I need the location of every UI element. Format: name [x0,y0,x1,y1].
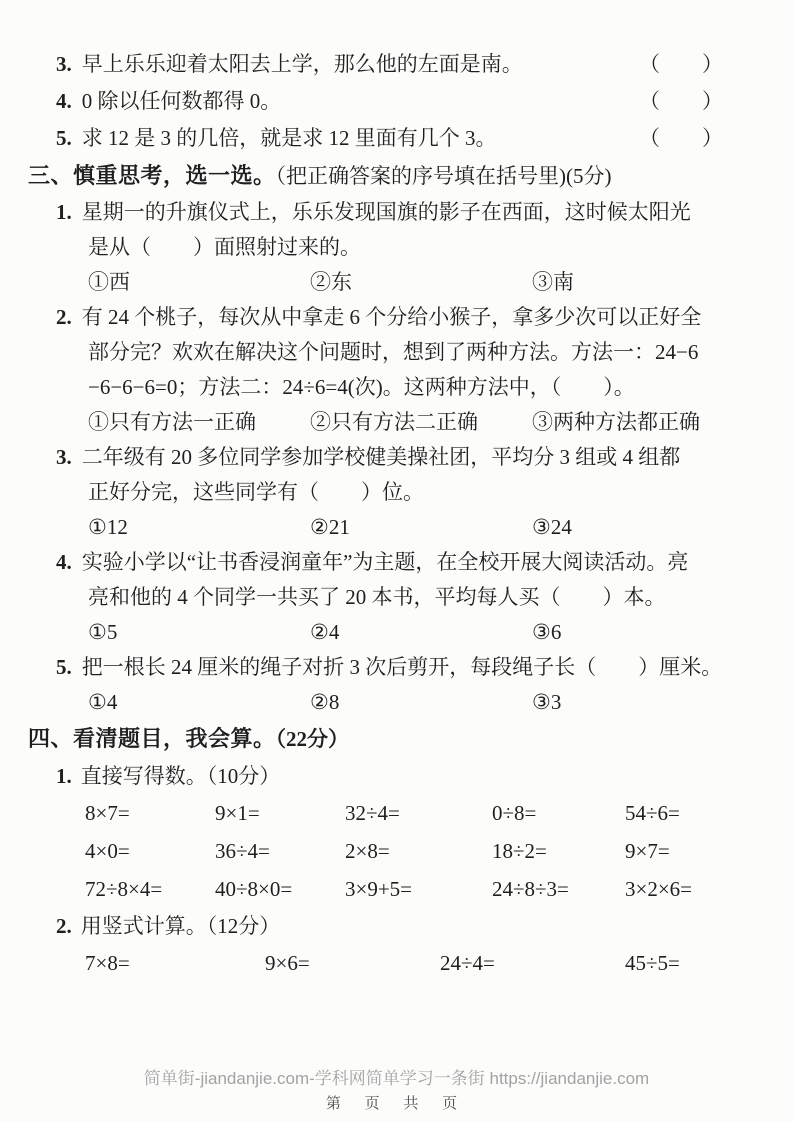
expression: 40÷8×0= [215,870,345,908]
expression: 3×2×6= [625,870,765,908]
option-1: ①只有方法一正确 [88,405,310,440]
question-3: 3. 二年级有 20 多位同学参加学校健美操社团，平均分 3 组或 4 组都 正… [28,440,765,545]
section-4-heading-main: 四、看清题目，我会算。 [28,726,276,751]
option-3: ③两种方法都正确 [532,405,765,440]
option-1: ①4 [88,685,310,720]
footer-site-line: 简单街-jiandanjie.com-学科网简单学习一条街 https://ji… [0,1066,793,1092]
section-4-heading-note: （22分） [276,727,350,751]
options-row: ①4 ②8 ③3 [28,685,765,720]
item-text: 0 除以任何数都得 0。 [82,83,639,120]
true-false-item-5: 5. 求 12 是 3 的几倍，就是求 12 里面有几个 3。 （ ） [28,120,765,157]
section-4-heading: 四、看清题目，我会算。（22分） [28,720,765,758]
options-row: ①12 ②21 ③24 [28,510,765,545]
direct-calc-row-2: 4×0= 36÷4= 2×8= 18÷2= 9×7= [28,832,765,870]
expression: 32÷4= [345,794,492,832]
section-3-heading: 三、慎重思考，选一选。（把正确答案的序号填在括号里)(5分) [28,157,765,195]
question-5: 5. 把一根长 24 厘米的绳子对折 3 次后剪开，每段绳子长（ ）厘米。 ①4… [28,650,765,720]
expression: 4×0= [85,832,215,870]
subsection-number: 1. [56,758,72,794]
item-text: 早上乐乐迎着太阳去上学，那么他的左面是南。 [82,46,639,83]
question-line: 1. 星期一的升旗仪式上，乐乐发现国旗的影子在西面，这时候太阳光 [28,195,765,230]
expression: 7×8= [85,944,265,982]
question-number: 1. [56,195,72,230]
expression: 2×8= [345,832,492,870]
expression: 9×1= [215,794,345,832]
question-line: 4. 实验小学以“让书香浸润童年”为主题，在全校开展大阅读活动。亮 [28,545,765,580]
question-text: 有 24 个桃子，每次从中拿走 6 个分给小猴子，拿多少次可以正好全 [82,300,765,335]
item-number: 5. [56,120,72,157]
question-number: 5. [56,650,72,685]
item-text: 求 12 是 3 的几倍，就是求 12 里面有几个 3。 [82,120,639,157]
direct-calc-row-3: 72÷8×4= 40÷8×0= 3×9+5= 24÷8÷3= 3×2×6= [28,870,765,908]
page-footer: 简单街-jiandanjie.com-学科网简单学习一条街 https://ji… [0,1066,793,1116]
subsection-2-title: 2. 用竖式计算。（12分） [28,908,765,944]
options-row: ①只有方法一正确 ②只有方法二正确 ③两种方法都正确 [28,405,765,440]
question-line: 正好分完，这些同学有（ ）位。 [28,475,765,510]
subsection-number: 2. [56,908,72,944]
item-number: 3. [56,46,72,83]
question-line: −6−6−6=0；方法二：24÷6=4(次)。这两种方法中，（ ）。 [28,370,765,405]
expression: 45÷5= [625,944,765,982]
expression: 9×6= [265,944,440,982]
subsection-label: 用竖式计算。（12分） [81,908,281,944]
question-2: 2. 有 24 个桃子，每次从中拿走 6 个分给小猴子，拿多少次可以正好全 部分… [28,300,765,440]
options-row: ①西 ②东 ③南 [28,265,765,300]
subsection-1-title: 1. 直接写得数。（10分） [28,758,765,794]
option-3: ③南 [532,265,765,300]
question-1: 1. 星期一的升旗仪式上，乐乐发现国旗的影子在西面，这时候太阳光 是从（ ）面照… [28,195,765,300]
question-number: 2. [56,300,72,335]
expression: 9×7= [625,832,765,870]
true-false-section: 3. 早上乐乐迎着太阳去上学，那么他的左面是南。 （ ） 4. 0 除以任何数都… [28,46,765,157]
option-3: ③3 [532,685,765,720]
question-4: 4. 实验小学以“让书香浸润童年”为主题，在全校开展大阅读活动。亮 亮和他的 4… [28,545,765,650]
question-line: 3. 二年级有 20 多位同学参加学校健美操社团，平均分 3 组或 4 组都 [28,440,765,475]
expression: 8×7= [85,794,215,832]
option-1: ①12 [88,510,310,545]
question-text: 二年级有 20 多位同学参加学校健美操社团，平均分 3 组或 4 组都 [82,440,765,475]
question-text: 实验小学以“让书香浸润童年”为主题，在全校开展大阅读活动。亮 [82,545,765,580]
question-text: 星期一的升旗仪式上，乐乐发现国旗的影子在西面，这时候太阳光 [82,195,765,230]
question-line: 2. 有 24 个桃子，每次从中拿走 6 个分给小猴子，拿多少次可以正好全 [28,300,765,335]
answer-bracket: （ ） [639,46,723,83]
question-line: 是从（ ）面照射过来的。 [28,230,765,265]
section-3-questions: 1. 星期一的升旗仪式上，乐乐发现国旗的影子在西面，这时候太阳光 是从（ ）面照… [28,195,765,720]
expression: 18÷2= [492,832,625,870]
option-2: ②4 [310,615,532,650]
question-line: 部分完？欢欢在解决这个问题时，想到了两种方法。方法一：24−6 [28,335,765,370]
expression: 24÷8÷3= [492,870,625,908]
exam-page: 3. 早上乐乐迎着太阳去上学，那么他的左面是南。 （ ） 4. 0 除以任何数都… [0,0,793,1122]
expression: 24÷4= [440,944,625,982]
expression: 54÷6= [625,794,765,832]
answer-bracket: （ ） [639,83,723,120]
true-false-item-3: 3. 早上乐乐迎着太阳去上学，那么他的左面是南。 （ ） [28,46,765,83]
true-false-item-4: 4. 0 除以任何数都得 0。 （ ） [28,83,765,120]
section-3-heading-note: （把正确答案的序号填在括号里)(5分) [276,164,612,188]
option-2: ②东 [310,265,532,300]
option-1: ①西 [88,265,310,300]
section-3-heading-main: 三、慎重思考，选一选。 [28,163,276,188]
options-row: ①5 ②4 ③6 [28,615,765,650]
option-3: ③24 [532,510,765,545]
question-number: 4. [56,545,72,580]
expression: 3×9+5= [345,870,492,908]
option-2: ②只有方法二正确 [310,405,532,440]
answer-bracket: （ ） [639,120,723,157]
item-number: 4. [56,83,72,120]
option-2: ②21 [310,510,532,545]
expression: 36÷4= [215,832,345,870]
option-1: ①5 [88,615,310,650]
expression: 0÷8= [492,794,625,832]
question-text: 把一根长 24 厘米的绳子对折 3 次后剪开，每段绳子长（ ）厘米。 [82,650,765,685]
subsection-label: 直接写得数。（10分） [81,758,281,794]
option-3: ③6 [532,615,765,650]
vertical-calc-row: 7×8= 9×6= 24÷4= 45÷5= [28,944,765,982]
question-line: 亮和他的 4 个同学一共买了 20 本书，平均每人买（ ）本。 [28,580,765,615]
footer-page-number-line: 第 页 共 页 [0,1092,793,1116]
question-number: 3. [56,440,72,475]
question-line: 5. 把一根长 24 厘米的绳子对折 3 次后剪开，每段绳子长（ ）厘米。 [28,650,765,685]
exam-content: 3. 早上乐乐迎着太阳去上学，那么他的左面是南。 （ ） 4. 0 除以任何数都… [28,46,765,982]
section-4-body: 1. 直接写得数。（10分） 8×7= 9×1= 32÷4= 0÷8= 54÷6… [28,758,765,982]
option-2: ②8 [310,685,532,720]
direct-calc-row-1: 8×7= 9×1= 32÷4= 0÷8= 54÷6= [28,794,765,832]
expression: 72÷8×4= [85,870,215,908]
